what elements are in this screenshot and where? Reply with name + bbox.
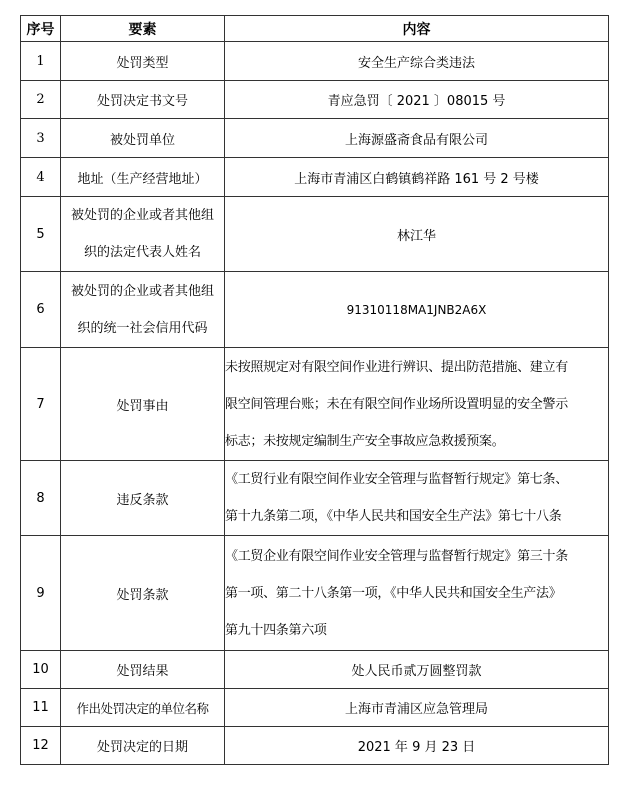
row-content: 青应急罚〔 2021 〕08015 号 [225,81,609,119]
row-index: 11 [21,689,61,727]
row-item: 处罚决定书文号 [61,81,225,119]
row-content-line: 第九十四条第六项 [225,612,608,649]
table-row: 1 处罚类型 安全生产综合类违法 [21,42,609,81]
row-content-line: 第一项、第二十八条第一项，《中华人民共和国安全生产法》 [225,575,608,612]
table-row: 11 作出处罚决定的单位名称 上海市青浦区应急管理局 [21,689,609,727]
row-content: 林江华 [225,197,609,272]
row-item: 处罚条款 [61,536,225,651]
row-content-line: 限空间管理台账；未在有限空间作业场所设置明显的安全警示 [225,386,608,423]
row-content: 上海市青浦区应急管理局 [225,689,609,727]
row-item-line: 织的法定代表人姓名 [61,234,224,271]
row-content: 未按照规定对有限空间作业进行辨识、提出防范措施、建立有 限空间管理台账；未在有限… [225,348,609,461]
header-item: 要素 [61,16,225,42]
table-row: 8 违反条款 《工贸行业有限空间作业安全管理与监督暂行规定》第七条、 第十九条第… [21,461,609,536]
row-index: 7 [21,348,61,461]
row-item: 被处罚的企业或者其他组 织的统一社会信用代码 [61,272,225,348]
row-item: 作出处罚决定的单位名称 [61,689,225,727]
row-item: 被处罚单位 [61,119,225,158]
row-index: 3 [21,119,61,158]
table-row: 12 处罚决定的日期 2021 年 9 月 23 日 [21,727,609,765]
row-index: 10 [21,651,61,689]
row-item: 处罚决定的日期 [61,727,225,765]
row-index: 1 [21,42,61,81]
row-content-line: 标志；未按规定编制生产安全事故应急救援预案。 [225,423,608,460]
table-row: 2 处罚决定书文号 青应急罚〔 2021 〕08015 号 [21,81,609,119]
row-index: 9 [21,536,61,651]
table-row: 10 处罚结果 处人民币贰万圆整罚款 [21,651,609,689]
table-row: 5 被处罚的企业或者其他组 织的法定代表人姓名 林江华 [21,197,609,272]
row-item: 地址（生产经营地址） [61,158,225,197]
row-content-line: 《工贸行业有限空间作业安全管理与监督暂行规定》第七条、 [225,461,608,498]
table-row: 7 处罚事由 未按照规定对有限空间作业进行辨识、提出防范措施、建立有 限空间管理… [21,348,609,461]
row-content: 2021 年 9 月 23 日 [225,727,609,765]
table-row: 9 处罚条款 《工贸企业有限空间作业安全管理与监督暂行规定》第三十条 第一项、第… [21,536,609,651]
row-index: 2 [21,81,61,119]
table-row: 4 地址（生产经营地址） 上海市青浦区白鹤镇鹤祥路 161 号 2 号楼 [21,158,609,197]
row-item: 处罚事由 [61,348,225,461]
row-content-line: 未按照规定对有限空间作业进行辨识、提出防范措施、建立有 [225,349,608,386]
row-content: 上海源盛斋食品有限公司 [225,119,609,158]
row-item: 违反条款 [61,461,225,536]
row-index: 12 [21,727,61,765]
header-content: 内容 [225,16,609,42]
row-content: 处人民币贰万圆整罚款 [225,651,609,689]
row-content-line: 第十九条第二项，《中华人民共和国安全生产法》第七十八条 [225,498,608,535]
table-header-row: 序号 要素 内容 [21,16,609,42]
row-item: 处罚类型 [61,42,225,81]
row-content: 安全生产综合类违法 [225,42,609,81]
row-index: 5 [21,197,61,272]
row-index: 4 [21,158,61,197]
row-item-line: 被处罚的企业或者其他组 [61,273,224,310]
table-row: 6 被处罚的企业或者其他组 织的统一社会信用代码 91310118MA1JNB2… [21,272,609,348]
row-item-line: 织的统一社会信用代码 [61,310,224,347]
row-content: 《工贸企业有限空间作业安全管理与监督暂行规定》第三十条 第一项、第二十八条第一项… [225,536,609,651]
row-content-line: 《工贸企业有限空间作业安全管理与监督暂行规定》第三十条 [225,538,608,575]
row-item: 被处罚的企业或者其他组 织的法定代表人姓名 [61,197,225,272]
row-content: 91310118MA1JNB2A6X [225,272,609,348]
header-index: 序号 [21,16,61,42]
row-item-line: 被处罚的企业或者其他组 [61,197,224,234]
table-row: 3 被处罚单位 上海源盛斋食品有限公司 [21,119,609,158]
row-index: 8 [21,461,61,536]
row-index: 6 [21,272,61,348]
row-content: 《工贸行业有限空间作业安全管理与监督暂行规定》第七条、 第十九条第二项，《中华人… [225,461,609,536]
row-content: 上海市青浦区白鹤镇鹤祥路 161 号 2 号楼 [225,158,609,197]
penalty-info-table: 序号 要素 内容 1 处罚类型 安全生产综合类违法 2 处罚决定书文号 青应急罚… [20,15,609,765]
row-item: 处罚结果 [61,651,225,689]
